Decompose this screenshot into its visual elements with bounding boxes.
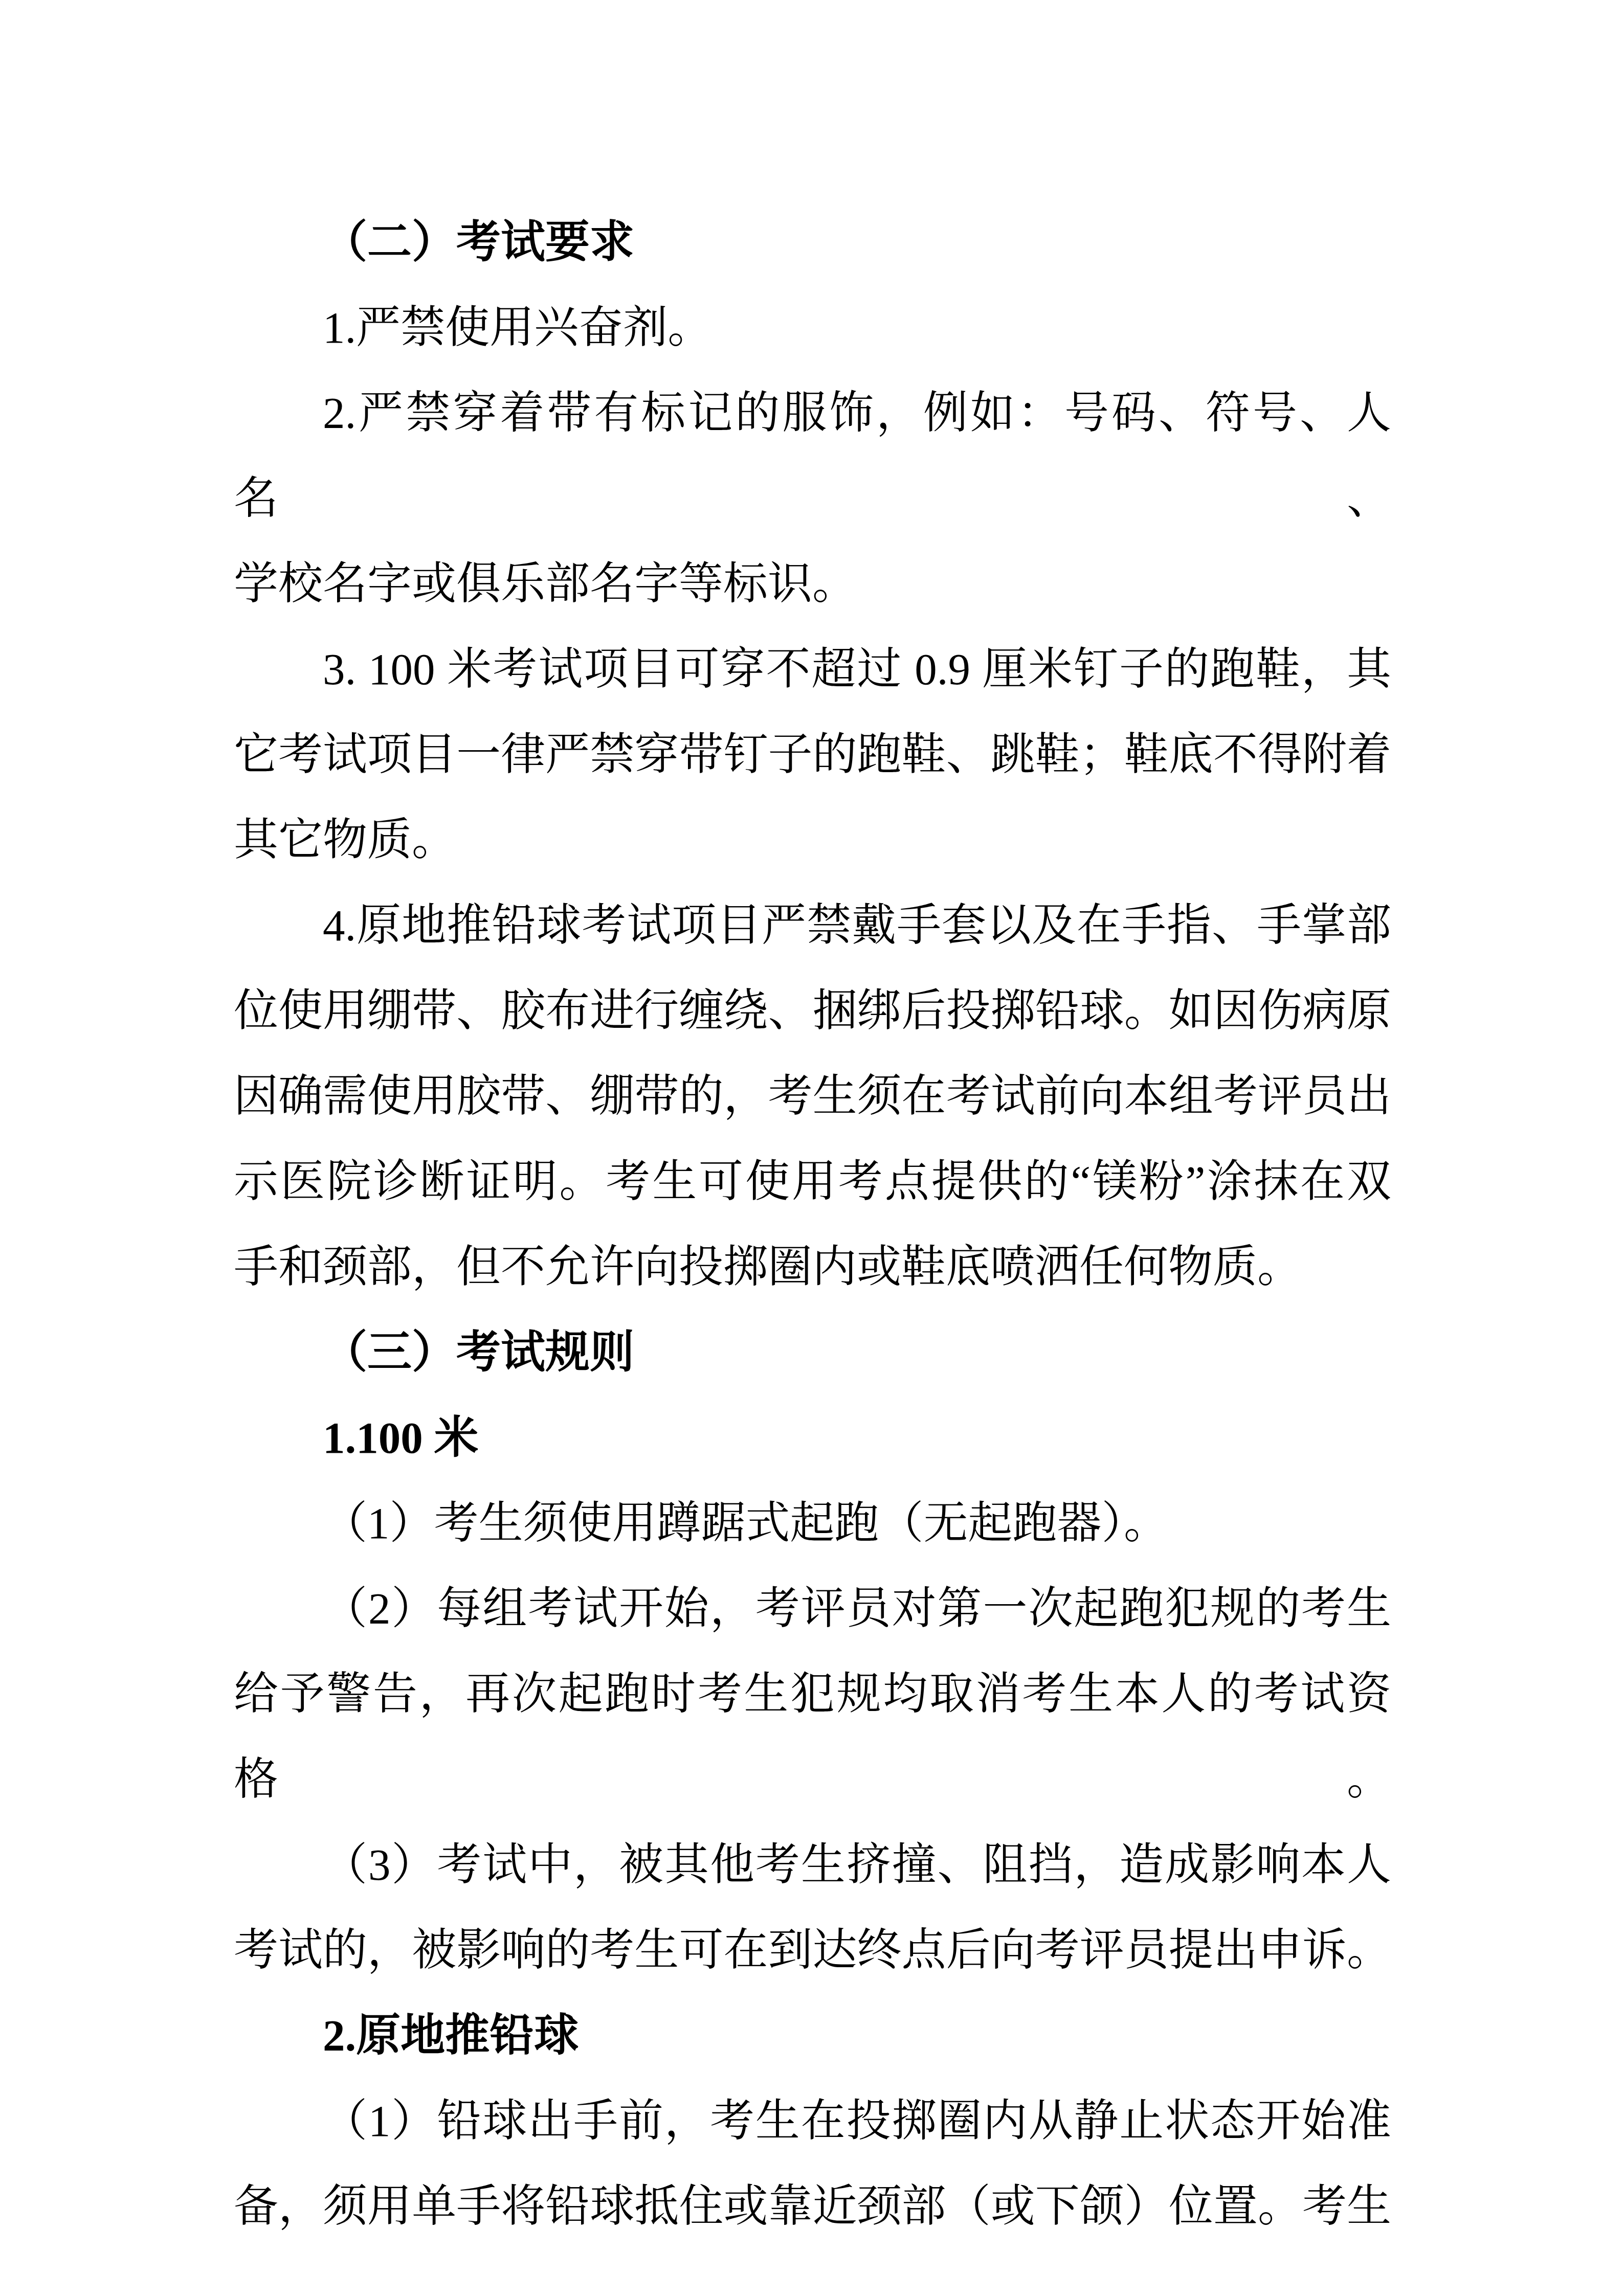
para-crouch-start: （1）考生须使用蹲踞式起跑（无起跑器）。 xyxy=(234,1480,1391,1566)
heading-exam-requirements: （二）考试要求 xyxy=(234,199,1391,285)
para-doping-ban: 1.严禁使用兴奋剂。 xyxy=(234,285,1391,370)
text-line: 3. 100 米考试项目可穿不超过 0.9 厘米钉子的跑鞋，其 xyxy=(234,626,1391,712)
section-heading: （三）考试规则 xyxy=(234,1310,1391,1395)
document-body: （二）考试要求 1.严禁使用兴奋剂。 2.严禁穿着带有标记的服饰，例如：号码、符… xyxy=(234,199,1391,2249)
text-line: 其它物质。 xyxy=(234,797,1391,883)
text-line: 位使用绷带、胶布进行缠绕、捆绑后投掷铅球。如因伤病原 xyxy=(234,968,1391,1053)
text-line: （2）每组考试开始，考评员对第一次起跑犯规的考生 xyxy=(234,1566,1391,1651)
text-line: 因确需使用胶带、绷带的，考生须在考试前向本组考评员出 xyxy=(234,1053,1391,1139)
text-line: 备，须用单手将铅球抵住或靠近颈部（或下颌）位置。考生 xyxy=(234,2164,1391,2249)
heading-exam-rules: （三）考试规则 xyxy=(234,1310,1391,1395)
document-page: （二）考试要求 1.严禁使用兴奋剂。 2.严禁穿着带有标记的服饰，例如：号码、符… xyxy=(0,0,1624,2296)
text-line: （3）考试中，被其他考生挤撞、阻挡，造成影响本人 xyxy=(234,1822,1391,1907)
subheading-100m: 1.100 米 xyxy=(234,1395,1391,1480)
text-line: 考试的，被影响的考生可在到达终点后向考评员提出申诉。 xyxy=(234,1907,1391,1993)
para-interference-appeal: （3）考试中，被其他考生挤撞、阻挡，造成影响本人 考试的，被影响的考生可在到达终… xyxy=(234,1822,1391,1993)
text-line: 1.严禁使用兴奋剂。 xyxy=(234,285,1391,370)
para-shot-put-gloves: 4.原地推铅球考试项目严禁戴手套以及在手指、手掌部 位使用绷带、胶布进行缠绕、捆… xyxy=(234,883,1391,1310)
subheading-shot-put: 2.原地推铅球 xyxy=(234,1993,1391,2078)
text-line: 4.原地推铅球考试项目严禁戴手套以及在手指、手掌部 xyxy=(234,883,1391,968)
text-line: 它考试项目一律严禁穿带钉子的跑鞋、跳鞋；鞋底不得附着 xyxy=(234,712,1391,797)
text-line: 2.严禁穿着带有标记的服饰，例如：号码、符号、人名、 xyxy=(234,370,1391,541)
section-heading: （二）考试要求 xyxy=(234,199,1391,285)
text-line: 学校名字或俱乐部名字等标识。 xyxy=(234,541,1391,626)
para-spike-shoes: 3. 100 米考试项目可穿不超过 0.9 厘米钉子的跑鞋，其 它考试项目一律严… xyxy=(234,626,1391,883)
text-line: （1）考生须使用蹲踞式起跑（无起跑器）。 xyxy=(234,1480,1391,1566)
para-false-start: （2）每组考试开始，考评员对第一次起跑犯规的考生 给予警告，再次起跑时考生犯规均… xyxy=(234,1566,1391,1822)
text-line: 手和颈部，但不允许向投掷圈内或鞋底喷洒任何物质。 xyxy=(234,1224,1391,1310)
text-line: 给予警告，再次起跑时考生犯规均取消考生本人的考试资格。 xyxy=(234,1651,1391,1822)
text-line: （1）铅球出手前，考生在投掷圈内从静止状态开始准 xyxy=(234,2078,1391,2164)
text-line: 示医院诊断证明。考生可使用考点提供的“镁粉”涂抹在双 xyxy=(234,1139,1391,1224)
section-subheading: 1.100 米 xyxy=(234,1395,1391,1480)
para-shot-put-prep: （1）铅球出手前，考生在投掷圈内从静止状态开始准 备，须用单手将铅球抵住或靠近颈… xyxy=(234,2078,1391,2249)
section-subheading: 2.原地推铅球 xyxy=(234,1993,1391,2078)
para-clothing-marks: 2.严禁穿着带有标记的服饰，例如：号码、符号、人名、 学校名字或俱乐部名字等标识… xyxy=(234,370,1391,626)
